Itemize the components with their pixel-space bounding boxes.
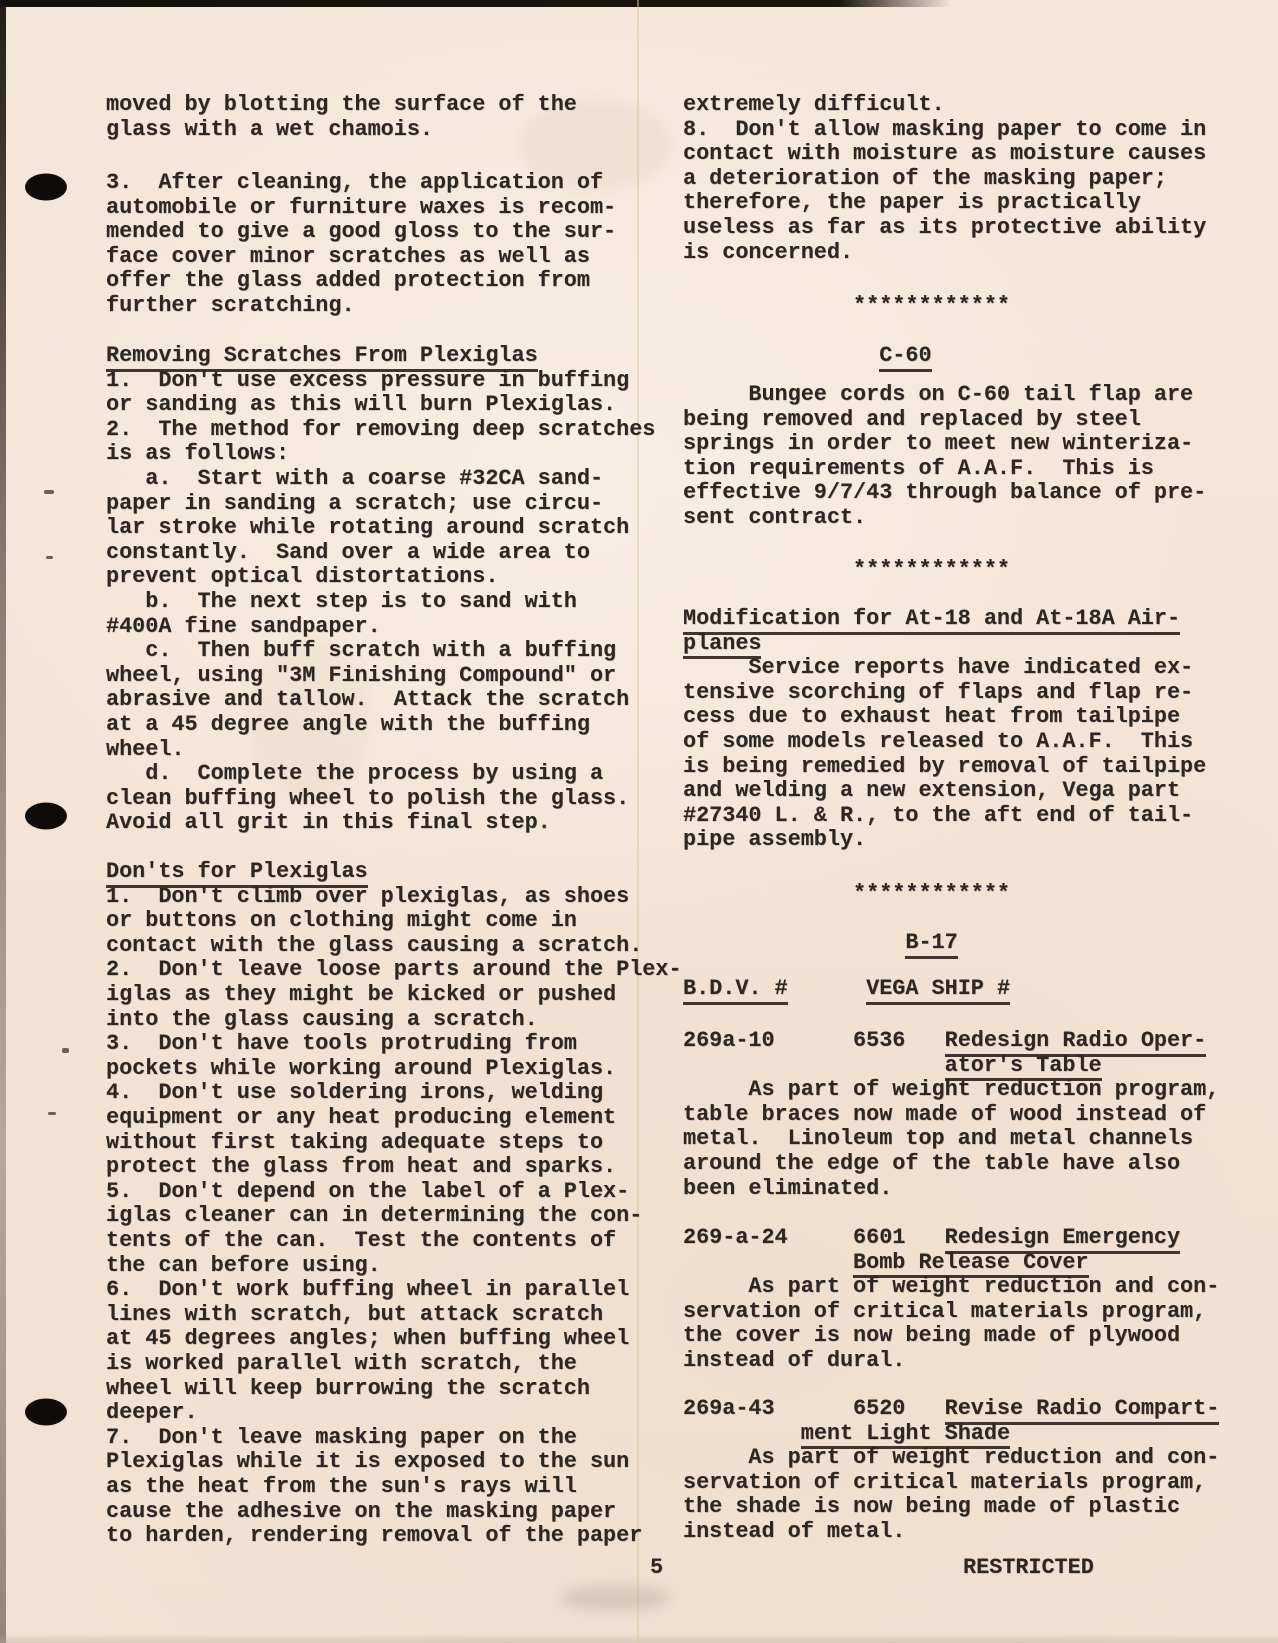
text-segment: servation of critical materials program, <box>683 1471 1206 1496</box>
text-line: d. Complete the process by using a <box>106 762 603 787</box>
text-line: face cover minor scratches as well as <box>106 245 590 270</box>
text-line: a. Start with a coarse #32CA sand- <box>106 467 603 492</box>
classification-stamp: RESTRICTED <box>963 1556 1094 1581</box>
text-segment: 1. Don't climb over plexiglas, as shoes <box>106 885 629 910</box>
text-segment: is worked parallel with scratch, the <box>106 1352 577 1377</box>
text-line: servation of critical materials program, <box>683 1471 1206 1496</box>
text-segment: ************ <box>683 882 1010 907</box>
text-segment: Bungee cords on C-60 tail flap are <box>683 383 1193 408</box>
text-line: into the glass causing a scratch. <box>106 1008 538 1033</box>
text-segment: the shade is now being made of plastic <box>683 1495 1180 1520</box>
text-line: As part of weight reduction and con- <box>683 1446 1219 1471</box>
text-segment: extremely difficult. <box>683 93 945 118</box>
text-segment: mended to give a good gloss to the sur- <box>106 220 616 245</box>
text-line: B-17 <box>683 931 958 959</box>
text-segment: 3. Don't have tools protruding from <box>106 1032 577 1057</box>
text-segment: being removed and replaced by steel <box>683 408 1141 433</box>
text-line: equipment or any heat producing element <box>106 1106 616 1131</box>
text-segment: 5. Don't depend on the label of a Plex- <box>106 1180 629 1205</box>
text-segment: at a 45 degree angle with the buffing <box>106 713 590 738</box>
text-line: As part of weight reduction and con- <box>683 1275 1219 1300</box>
text-line: offer the glass added protection from <box>106 269 590 294</box>
text-segment: or sanding as this will burn Plexiglas. <box>106 393 616 418</box>
text-line: 5. Don't depend on the label of a Plex- <box>106 1180 629 1205</box>
text-line: instead of metal. <box>683 1520 905 1545</box>
text-segment: offer the glass added protection from <box>106 269 590 294</box>
text-segment <box>683 344 879 369</box>
text-segment: Avoid all grit in this final step. <box>106 811 551 836</box>
text-segment: constantly. Sand over a wide area to <box>106 541 590 566</box>
text-line: B.D.V. # VEGA SHIP # <box>683 977 1010 1005</box>
text-line: a deterioration of the masking paper; <box>683 167 1167 192</box>
text-segment: effective 9/7/43 through balance of pre- <box>683 481 1206 506</box>
text-segment: prevent optical distortations. <box>106 565 498 590</box>
text-line: around the edge of the table have also <box>683 1152 1180 1177</box>
text-segment: ************ <box>683 294 1010 319</box>
text-line: 1. Don't use excess pressure in buffing <box>106 369 629 394</box>
text-segment: of some models released to A.A.F. This <box>683 730 1193 755</box>
text-segment: 269a-10 6536 <box>683 1029 945 1054</box>
text-segment <box>683 931 905 956</box>
text-segment: #27340 L. & R., to the aft end of tail- <box>683 804 1193 829</box>
text-line: the can before using. <box>106 1254 381 1279</box>
text-line: is worked parallel with scratch, the <box>106 1352 577 1377</box>
text-segment: glass with a wet chamois. <box>106 118 433 143</box>
text-line: therefore, the paper is practically <box>683 191 1141 216</box>
text-segment: tion requirements of A.A.F. This is <box>683 457 1154 482</box>
text-line: Bungee cords on C-60 tail flap are <box>683 383 1193 408</box>
text-line: 6. Don't work buffing wheel in parallel <box>106 1278 629 1303</box>
text-segment: 2. The method for removing deep scratche… <box>106 418 655 443</box>
text-segment: Service reports have indicated ex- <box>683 656 1193 681</box>
ink-speck <box>62 1048 69 1053</box>
text-segment: equipment or any heat producing element <box>106 1106 616 1131</box>
text-line: iglas cleaner can in determining the con… <box>106 1204 642 1229</box>
text-line: 7. Don't leave masking paper on the <box>106 1426 577 1451</box>
ink-speck <box>48 1112 56 1115</box>
text-line: C-60 <box>683 344 932 372</box>
paper-crease-line <box>637 0 639 1643</box>
text-segment: #400A fine sandpaper. <box>106 615 381 640</box>
text-line: constantly. Sand over a wide area to <box>106 541 590 566</box>
text-line: or sanding as this will burn Plexiglas. <box>106 393 616 418</box>
text-segment: b. The next step is to sand with <box>106 590 577 615</box>
text-segment: cess due to exhaust heat from tailpipe <box>683 705 1180 730</box>
text-line: protect the glass from heat and sparks. <box>106 1155 616 1180</box>
text-line: As part of weight reduction program, <box>683 1078 1219 1103</box>
text-line: further scratching. <box>106 294 355 319</box>
text-segment: d. Complete the process by using a <box>106 762 603 787</box>
text-line: deeper. <box>106 1401 198 1426</box>
text-line: mended to give a good gloss to the sur- <box>106 220 616 245</box>
text-line: at 45 degrees angles; when buffing wheel <box>106 1327 629 1352</box>
text-segment: 6. Don't work buffing wheel in parallel <box>106 1278 629 1303</box>
text-segment: Plexiglas while it is exposed to the sun <box>106 1450 629 1475</box>
text-line: prevent optical distortations. <box>106 565 498 590</box>
text-segment: contact with moisture as moisture causes <box>683 142 1206 167</box>
text-segment: around the edge of the table have also <box>683 1152 1180 1177</box>
text-segment: the cover is now being made of plywood <box>683 1324 1180 1349</box>
text-segment: deeper. <box>106 1401 198 1426</box>
text-segment: tents of the can. Test the contents of <box>106 1229 616 1254</box>
text-segment: wheel will keep burrowing the scratch <box>106 1377 590 1402</box>
text-segment: wheel. <box>106 738 184 763</box>
text-line: being removed and replaced by steel <box>683 408 1141 433</box>
text-segment: abrasive and tallow. Attack the scratch <box>106 688 629 713</box>
scan-top-edge-shadow <box>0 0 952 7</box>
underlined-text: VEGA SHIP # <box>866 977 1010 1005</box>
text-line: instead of dural. <box>683 1349 905 1374</box>
text-line: #27340 L. & R., to the aft end of tail- <box>683 804 1193 829</box>
text-segment <box>683 1422 801 1447</box>
text-line: 2. Don't leave loose parts around the Pl… <box>106 958 682 983</box>
text-segment: face cover minor scratches as well as <box>106 245 590 270</box>
pencil-smudge <box>560 1585 670 1611</box>
text-line: springs in order to meet new winteriza- <box>683 432 1193 457</box>
scan-left-edge-shadow <box>0 0 6 1643</box>
text-segment: 1. Don't use excess pressure in buffing <box>106 369 629 394</box>
underlined-text: B.D.V. # <box>683 977 788 1005</box>
text-line: contact with moisture as moisture causes <box>683 142 1206 167</box>
underlined-text: C-60 <box>879 344 931 372</box>
text-line: 1. Don't climb over plexiglas, as shoes <box>106 885 629 910</box>
text-line: c. Then buff scratch with a buffing <box>106 639 616 664</box>
text-segment: 7. Don't leave masking paper on the <box>106 1426 577 1451</box>
text-line: paper in sanding a scratch; use circu- <box>106 492 603 517</box>
text-segment: into the glass causing a scratch. <box>106 1008 538 1033</box>
text-line: 3. Don't have tools protruding from <box>106 1032 577 1057</box>
text-segment: a deterioration of the masking paper; <box>683 167 1167 192</box>
text-line: ************ <box>683 558 1010 583</box>
text-line: lines with scratch, but attack scratch <box>106 1303 603 1328</box>
text-segment: tensive scorching of flaps and flap re- <box>683 681 1193 706</box>
text-line: tents of the can. Test the contents of <box>106 1229 616 1254</box>
hole-punch <box>25 803 67 830</box>
text-line: 4. Don't use soldering irons, welding <box>106 1081 603 1106</box>
text-segment: without first taking adequate steps to <box>106 1131 603 1156</box>
text-line: tensive scorching of flaps and flap re- <box>683 681 1193 706</box>
text-segment: sent contract. <box>683 506 866 531</box>
text-segment: contact with the glass causing a scratch… <box>106 934 642 959</box>
text-segment: been eliminated. <box>683 1177 892 1202</box>
page-number: 5 <box>650 1556 663 1581</box>
ink-speck <box>44 490 54 494</box>
text-line: effective 9/7/43 through balance of pre- <box>683 481 1206 506</box>
text-line: useless as far as its protective ability <box>683 216 1206 241</box>
text-line: Plexiglas while it is exposed to the sun <box>106 1450 629 1475</box>
text-line: automobile or furniture waxes is recom- <box>106 196 616 221</box>
text-segment: 269a-43 6520 <box>683 1397 945 1422</box>
scan-bottom-edge-shadow <box>0 1634 1278 1643</box>
text-segment: c. Then buff scratch with a buffing <box>106 639 616 664</box>
text-segment: instead of metal. <box>683 1520 905 1545</box>
text-segment: to harden, rendering removal of the pape… <box>106 1524 642 1549</box>
text-line: extremely difficult. <box>683 93 945 118</box>
text-segment: cause the adhesive on the masking paper <box>106 1500 616 1525</box>
text-line: the shade is now being made of plastic <box>683 1495 1180 1520</box>
text-segment: as the heat from the sun's rays will <box>106 1475 577 1500</box>
text-segment: As part of weight reduction and con- <box>683 1446 1219 1471</box>
text-line: glass with a wet chamois. <box>106 118 433 143</box>
text-segment: wheel, using "3M Finishing Compound" or <box>106 664 616 689</box>
text-line: 8. Don't allow masking paper to come in <box>683 118 1206 143</box>
text-segment: iglas cleaner can in determining the con… <box>106 1204 642 1229</box>
text-segment: ************ <box>683 558 1010 583</box>
text-segment: a. Start with a coarse #32CA sand- <box>106 467 603 492</box>
text-line: sent contract. <box>683 506 866 531</box>
text-segment: metal. Linoleum top and metal channels <box>683 1127 1193 1152</box>
text-line: wheel, using "3M Finishing Compound" or <box>106 664 616 689</box>
text-line: Avoid all grit in this final step. <box>106 811 551 836</box>
text-segment: is as follows: <box>106 442 289 467</box>
text-segment: protect the glass from heat and sparks. <box>106 1155 616 1180</box>
text-line: cess due to exhaust heat from tailpipe <box>683 705 1180 730</box>
text-segment: pipe assembly. <box>683 828 866 853</box>
text-line: the cover is now being made of plywood <box>683 1324 1180 1349</box>
text-segment: clean buffing wheel to polish the glass. <box>106 787 629 812</box>
text-segment <box>683 1251 853 1276</box>
text-line: wheel will keep burrowing the scratch <box>106 1377 590 1402</box>
text-line: servation of critical materials program, <box>683 1300 1206 1325</box>
text-line: of some models released to A.A.F. This <box>683 730 1193 755</box>
text-segment <box>683 1054 945 1079</box>
text-line: is concerned. <box>683 241 853 266</box>
text-segment: servation of critical materials program, <box>683 1300 1206 1325</box>
text-segment: paper in sanding a scratch; use circu- <box>106 492 603 517</box>
text-segment: automobile or furniture waxes is recom- <box>106 196 616 221</box>
text-segment: springs in order to meet new winteriza- <box>683 432 1193 457</box>
text-line: lar stroke while rotating around scratch <box>106 516 629 541</box>
text-segment: is concerned. <box>683 241 853 266</box>
text-line: tion requirements of A.A.F. This is <box>683 457 1154 482</box>
underlined-text: B-17 <box>905 931 957 959</box>
text-segment: or buttons on clothing might come in <box>106 909 577 934</box>
text-segment: useless as far as its protective ability <box>683 216 1206 241</box>
text-line: is being remedied by removal of tailpipe <box>683 755 1206 780</box>
text-line: is as follows: <box>106 442 289 467</box>
text-segment <box>788 977 866 1002</box>
text-segment: the can before using. <box>106 1254 381 1279</box>
text-line: 2. The method for removing deep scratche… <box>106 418 655 443</box>
text-line: ************ <box>683 294 1010 319</box>
text-line: cause the adhesive on the masking paper <box>106 1500 616 1525</box>
text-line: at a 45 degree angle with the buffing <box>106 713 590 738</box>
text-line: table braces now made of wood instead of <box>683 1103 1206 1128</box>
text-line: wheel. <box>106 738 184 763</box>
text-segment: 2. Don't leave loose parts around the Pl… <box>106 958 682 983</box>
text-segment: 8. Don't allow masking paper to come in <box>683 118 1206 143</box>
hole-punch <box>25 174 67 201</box>
text-segment: and welding a new extension, Vega part <box>683 779 1180 804</box>
text-line: pockets while working around Plexiglas. <box>106 1057 616 1082</box>
text-segment: lines with scratch, but attack scratch <box>106 1303 603 1328</box>
text-segment: moved by blotting the surface of the <box>106 93 577 118</box>
text-segment: iglas as they might be kicked or pushed <box>106 983 616 1008</box>
text-line: contact with the glass causing a scratch… <box>106 934 642 959</box>
text-segment: 269-a-24 6601 <box>683 1226 945 1251</box>
text-segment: 3. After cleaning, the application of <box>106 171 603 196</box>
text-segment: As part of weight reduction program, <box>683 1078 1219 1103</box>
text-line: without first taking adequate steps to <box>106 1131 603 1156</box>
text-line: and welding a new extension, Vega part <box>683 779 1180 804</box>
text-line: metal. Linoleum top and metal channels <box>683 1127 1193 1152</box>
text-segment: pockets while working around Plexiglas. <box>106 1057 616 1082</box>
hole-punch <box>25 1399 67 1426</box>
ink-speck <box>46 556 53 559</box>
text-segment: is being remedied by removal of tailpipe <box>683 755 1206 780</box>
text-segment: 4. Don't use soldering irons, welding <box>106 1081 603 1106</box>
text-line: to harden, rendering removal of the pape… <box>106 1524 642 1549</box>
text-line: as the heat from the sun's rays will <box>106 1475 577 1500</box>
text-line: or buttons on clothing might come in <box>106 909 577 934</box>
text-segment: at 45 degrees angles; when buffing wheel <box>106 1327 629 1352</box>
text-line: moved by blotting the surface of the <box>106 93 577 118</box>
text-line: pipe assembly. <box>683 828 866 853</box>
text-line: clean buffing wheel to polish the glass. <box>106 787 629 812</box>
text-segment: lar stroke while rotating around scratch <box>106 516 629 541</box>
text-segment: As part of weight reduction and con- <box>683 1275 1219 1300</box>
scanned-document-page: moved by blotting the surface of theglas… <box>0 0 1278 1643</box>
text-segment: table braces now made of wood instead of <box>683 1103 1206 1128</box>
text-line: #400A fine sandpaper. <box>106 615 381 640</box>
text-segment: further scratching. <box>106 294 355 319</box>
text-line: been eliminated. <box>683 1177 892 1202</box>
text-line: iglas as they might be kicked or pushed <box>106 983 616 1008</box>
text-line: abrasive and tallow. Attack the scratch <box>106 688 629 713</box>
text-segment: instead of dural. <box>683 1349 905 1374</box>
text-line: Service reports have indicated ex- <box>683 656 1193 681</box>
text-line: ************ <box>683 882 1010 907</box>
text-line: 3. After cleaning, the application of <box>106 171 603 196</box>
text-segment: therefore, the paper is practically <box>683 191 1141 216</box>
text-line: b. The next step is to sand with <box>106 590 577 615</box>
